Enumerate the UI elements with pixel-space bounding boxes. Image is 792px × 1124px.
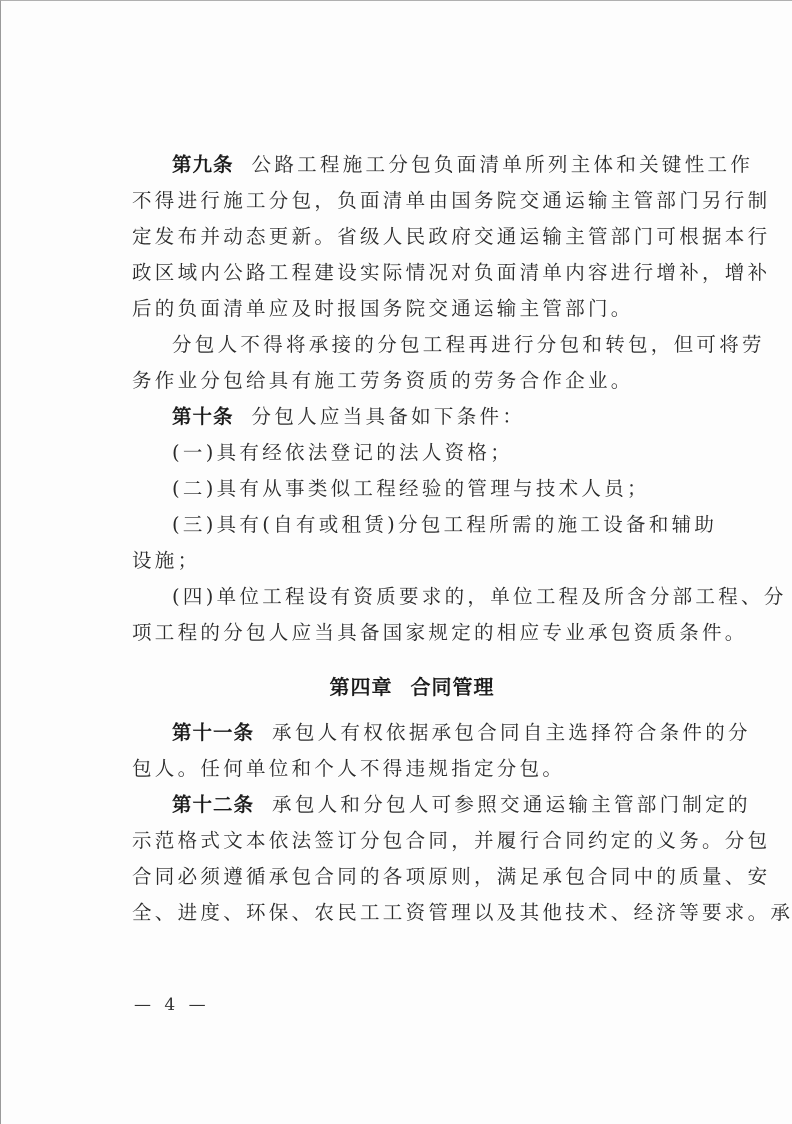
article-9-para-2-line-1: 分包人不得将承接的分包工程再进行分包和转包，但可将劳 [132, 327, 692, 363]
article-9-text: 公路工程施工分包负面清单所列主体和关键性工作 [252, 153, 754, 176]
article-12-heading: 第十二条 [172, 793, 254, 816]
chapter-heading: 第四章合同管理 [132, 669, 692, 705]
article-10-item-1: (一)具有经依法登记的法人资格； [132, 435, 692, 471]
article-10-heading: 第十条 [172, 405, 234, 428]
article-9-line-2: 不得进行施工分包，负面清单由国务院交通运输主管部门另行制 [132, 183, 692, 219]
page-number: — 4 — [134, 995, 210, 1015]
article-10-item-4-line-1: (四)单位工程设有资质要求的，单位工程及所含分部工程、分 [132, 579, 692, 615]
article-12-line-2: 示范格式文本依法签订分包合同，并履行合同约定的义务。分包 [132, 823, 692, 859]
article-10-item-2: (二)具有从事类似工程经验的管理与技术人员； [132, 471, 692, 507]
chapter-title: 合同管理 [411, 675, 495, 699]
article-12-line-3: 合同必须遵循承包合同的各项原则，满足承包合同中的质量、安 [132, 859, 692, 895]
article-9-line-4: 政区域内公路工程建设实际情况对负面清单内容进行增补，增补 [132, 255, 692, 291]
article-11-text: 承包人有权依据承包合同自主选择符合条件的分 [272, 721, 751, 744]
article-10-item-3-line-2: 设施； [132, 543, 692, 579]
article-12-line-4: 全、进度、环保、农民工工资管理以及其他技术、经济等要求。承 [132, 895, 692, 931]
article-12-text: 承包人和分包人可参照交通运输主管部门制定的 [272, 793, 751, 816]
document-body: 第九条公路工程施工分包负面清单所列主体和关键性工作 不得进行施工分包，负面清单由… [132, 147, 692, 931]
article-10-item-3-line-1: (三)具有(自有或租赁)分包工程所需的施工设备和辅助 [132, 507, 692, 543]
article-10-line-1: 第十条分包人应当具备如下条件： [132, 399, 692, 435]
chapter-number: 第四章 [330, 675, 393, 699]
article-12-line-1: 第十二条承包人和分包人可参照交通运输主管部门制定的 [132, 787, 692, 823]
article-11-line-1: 第十一条承包人有权依据承包合同自主选择符合条件的分 [132, 715, 692, 751]
article-11-heading: 第十一条 [172, 721, 254, 744]
article-9-line-5: 后的负面清单应及时报国务院交通运输主管部门。 [132, 291, 692, 327]
document-page: 第九条公路工程施工分包负面清单所列主体和关键性工作 不得进行施工分包，负面清单由… [0, 0, 792, 1124]
article-9-heading: 第九条 [172, 153, 234, 176]
article-9-line-3: 定发布并动态更新。省级人民政府交通运输主管部门可根据本行 [132, 219, 692, 255]
article-10-intro: 分包人应当具备如下条件： [252, 405, 526, 428]
article-9-para-2-line-2: 务作业分包给具有施工劳务资质的劳务合作企业。 [132, 363, 692, 399]
article-10-item-4-line-2: 项工程的分包人应当具备国家规定的相应专业承包资质条件。 [132, 615, 692, 651]
article-11-line-2: 包人。任何单位和个人不得违规指定分包。 [132, 751, 692, 787]
article-9-line-1: 第九条公路工程施工分包负面清单所列主体和关键性工作 [132, 147, 692, 183]
